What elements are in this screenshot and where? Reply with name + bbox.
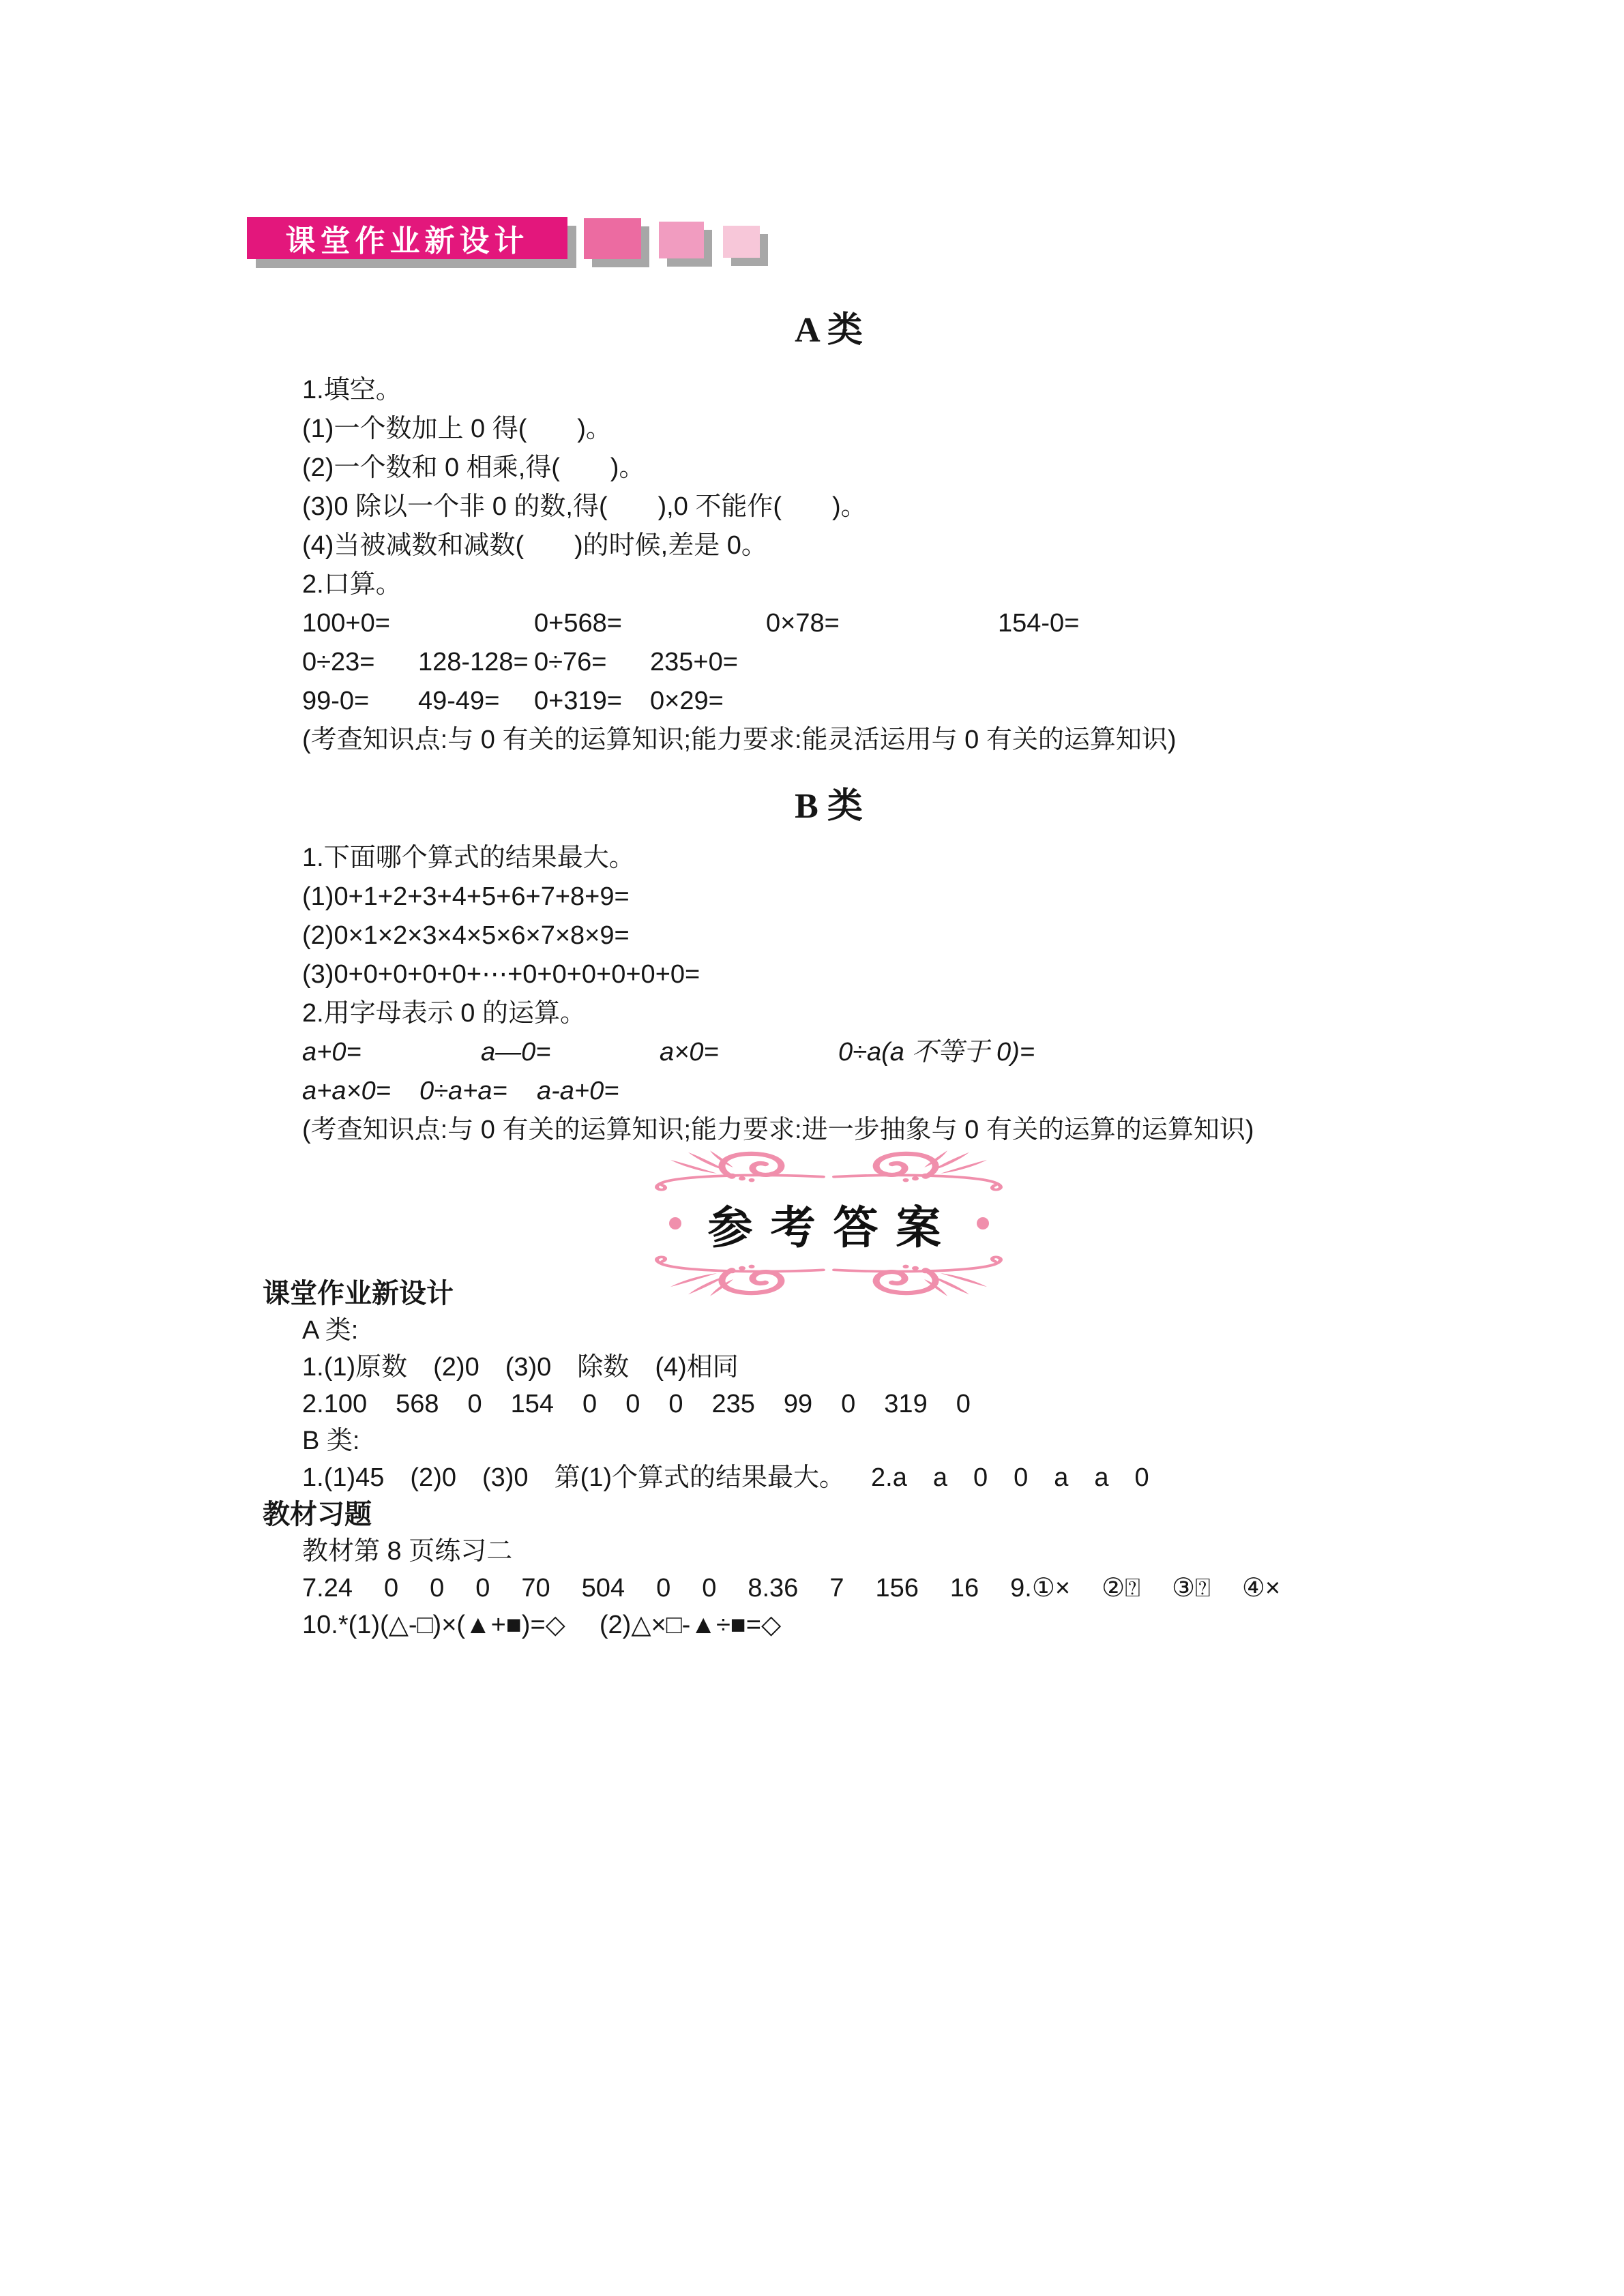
list-item: 0: [384, 1570, 398, 1607]
answers-group2-heading: 教材习题: [263, 1496, 1395, 1533]
list-item: 8.36: [748, 1570, 798, 1607]
list-item: 7: [829, 1570, 844, 1607]
a-q2-title: 2.口算。: [263, 565, 1395, 604]
a-q1-item-2: (2)一个数和 0 相乘,得( )。: [263, 449, 1395, 488]
list-item: 0: [656, 1570, 670, 1607]
b-q1-item-1: (1)0+1+2+3+4+5+6+7+8+9=: [263, 878, 1395, 916]
b-q1-item-3: (3)0+0+0+0+0+⋯+0+0+0+0+0+0=: [263, 955, 1395, 994]
list-item: a+0=: [302, 1033, 481, 1072]
answers-a-label: A 类:: [263, 1312, 1395, 1349]
list-item: 49-49=: [418, 682, 534, 721]
list-item: 235+0=: [650, 643, 766, 682]
list-item: 0: [1135, 1459, 1149, 1496]
a-oral-row-1: 100+0=0+568=0×78=154-0=: [263, 604, 1395, 643]
banner-square-2: [659, 222, 704, 258]
answers-ornament: 参考答案: [651, 1150, 1006, 1297]
list-item: 154: [511, 1386, 554, 1422]
list-item: 154-0=: [998, 604, 1230, 643]
list-item: 0: [430, 1570, 444, 1607]
worksheet-content: A 类 1.填空。 (1)一个数加上 0 得( )。 (2)一个数和 0 相乘,…: [263, 307, 1395, 1643]
list-item: 70: [521, 1570, 550, 1607]
list-item: 0: [475, 1570, 490, 1607]
list-item: 2.100: [302, 1386, 367, 1422]
list-item: 9.①×: [1010, 1570, 1070, 1607]
list-item: 0: [582, 1386, 597, 1422]
answers-line7-row: 7.2400070504008.367156169.①×②⍰③⍰④×: [263, 1570, 1395, 1607]
list-item: 16: [950, 1570, 979, 1607]
list-item: 319: [884, 1386, 927, 1422]
a-oral-row-2: 0÷23=128-128=0÷76=235+0=: [263, 643, 1395, 682]
list-item: 0+568=: [534, 604, 766, 643]
list-item: 0×78=: [766, 604, 998, 643]
ornament-dot-right-icon: [977, 1217, 989, 1229]
a-q1-title: 1.填空。: [263, 371, 1395, 410]
answers-b1-row: 1.(1)45(2)0(3)0第(1)个算式的结果最大。2.aa00aa0: [263, 1459, 1395, 1496]
list-item: 2.a: [871, 1459, 907, 1496]
b-q1-item-2: (2)0×1×2×3×4×5×6×7×8×9=: [263, 916, 1395, 955]
list-item: 0: [841, 1386, 855, 1422]
list-item: (3)0: [505, 1349, 552, 1386]
list-item: 0×29=: [650, 682, 766, 721]
b-var-row-2: a+a×0=0÷a+a=a-a+0=: [263, 1072, 1395, 1111]
list-item: a: [1054, 1459, 1068, 1496]
list-item: 7.24: [302, 1570, 353, 1607]
list-item: ②⍰: [1102, 1570, 1140, 1607]
list-item: 504: [582, 1570, 625, 1607]
list-item: a: [1094, 1459, 1108, 1496]
list-item: (3)0: [482, 1459, 529, 1496]
banner-square-1: [584, 218, 641, 259]
list-item: a-a+0=: [537, 1072, 654, 1111]
banner-square-3: [723, 226, 760, 258]
list-item: (4)相同: [655, 1349, 738, 1386]
b-q2-title: 2.用字母表示 0 的运算。: [263, 994, 1395, 1033]
header-banner-row: 课堂作业新设计: [247, 217, 760, 259]
banner: 课堂作业新设计: [247, 217, 567, 259]
answers-line10-row: 10.*(1)(△-□)×(▲+■)=◇(2)△×□-▲÷■=◇: [263, 1607, 1395, 1643]
answers-textbook-sub: 教材第 8 页练习二: [263, 1533, 1395, 1570]
answers-a2-row: 2.10056801540002359903190: [263, 1386, 1395, 1422]
b-note: (考查知识点:与 0 有关的运算知识;能力要求:进一步抽象与 0 有关的运算的运…: [263, 1111, 1395, 1150]
list-item: ④×: [1242, 1570, 1280, 1607]
list-item: 1.(1)45: [302, 1459, 384, 1496]
list-item: 99: [784, 1386, 812, 1422]
list-item: 0÷a+a=: [419, 1072, 537, 1111]
list-item: 0÷a(a 不等于 0)=: [838, 1033, 1035, 1072]
a-note: (考查知识点:与 0 有关的运算知识;能力要求:能灵活运用与 0 有关的运算知识…: [263, 721, 1395, 760]
list-item: 0: [956, 1386, 971, 1422]
list-item: 99-0=: [302, 682, 418, 721]
section-b-heading: B 类: [263, 783, 1395, 831]
list-item: 128-128=: [418, 643, 534, 682]
list-item: (2)0: [410, 1459, 456, 1496]
section-a-heading: A 类: [263, 307, 1395, 355]
answers-b-label: B 类:: [263, 1422, 1395, 1459]
list-item: a: [933, 1459, 947, 1496]
list-item: 235: [711, 1386, 754, 1422]
list-item: 除数: [577, 1349, 629, 1386]
flourish-top-icon: [651, 1150, 1006, 1192]
answers-section: 课堂作业新设计 A 类: 1.(1)原数(2)0(3)0除数(4)相同 2.10…: [263, 1275, 1395, 1643]
answers-a1-row: 1.(1)原数(2)0(3)0除数(4)相同: [263, 1349, 1395, 1386]
flourish-bottom-icon: [651, 1255, 1006, 1297]
list-item: 1.(1)原数: [302, 1349, 407, 1386]
ornament-dot-left-icon: [669, 1217, 681, 1229]
banner-title: 课堂作业新设计: [286, 216, 529, 260]
list-item: 0: [1014, 1459, 1028, 1496]
list-item: 0: [702, 1570, 716, 1607]
worksheet-page: 课堂作业新设计 A 类 1.填空。 (1)一个数加上 0 得( )。 (2)一个…: [0, 0, 1624, 2296]
list-item: (2)△×□-▲÷■=◇: [600, 1607, 781, 1643]
list-item: 156: [875, 1570, 918, 1607]
b-q1-title: 1.下面哪个算式的结果最大。: [263, 839, 1395, 878]
list-item: 10.*(1)(△-□)×(▲+■)=◇: [302, 1607, 565, 1643]
list-item: ③⍰: [1172, 1570, 1211, 1607]
list-item: 0: [468, 1386, 482, 1422]
list-item: 0: [625, 1386, 640, 1422]
list-item: 100+0=: [302, 604, 534, 643]
answers-ornament-title-row: 参考答案: [651, 1192, 1006, 1255]
list-item: 0: [973, 1459, 988, 1496]
list-item: 0+319=: [534, 682, 650, 721]
list-item: 第(1)个算式的结果最大。: [555, 1459, 845, 1496]
b-var-row-1: a+0=a—0=a×0=0÷a(a 不等于 0)=: [263, 1033, 1395, 1072]
list-item: 568: [396, 1386, 439, 1422]
list-item: (2)0: [433, 1349, 479, 1386]
list-item: a+a×0=: [302, 1072, 419, 1111]
list-item: a×0=: [660, 1033, 838, 1072]
a-q1-item-1: (1)一个数加上 0 得( )。: [263, 410, 1395, 449]
answers-title: 参考答案: [699, 1191, 959, 1256]
list-item: 0÷23=: [302, 643, 418, 682]
a-oral-row-3: 99-0=49-49=0+319=0×29=: [263, 682, 1395, 721]
a-q1-item-3: (3)0 除以一个非 0 的数,得( ),0 不能作( )。: [263, 488, 1395, 526]
list-item: 0÷76=: [534, 643, 650, 682]
list-item: a—0=: [481, 1033, 660, 1072]
a-q1-item-4: (4)当被减数和减数( )的时候,差是 0。: [263, 526, 1395, 565]
list-item: 0: [668, 1386, 683, 1422]
